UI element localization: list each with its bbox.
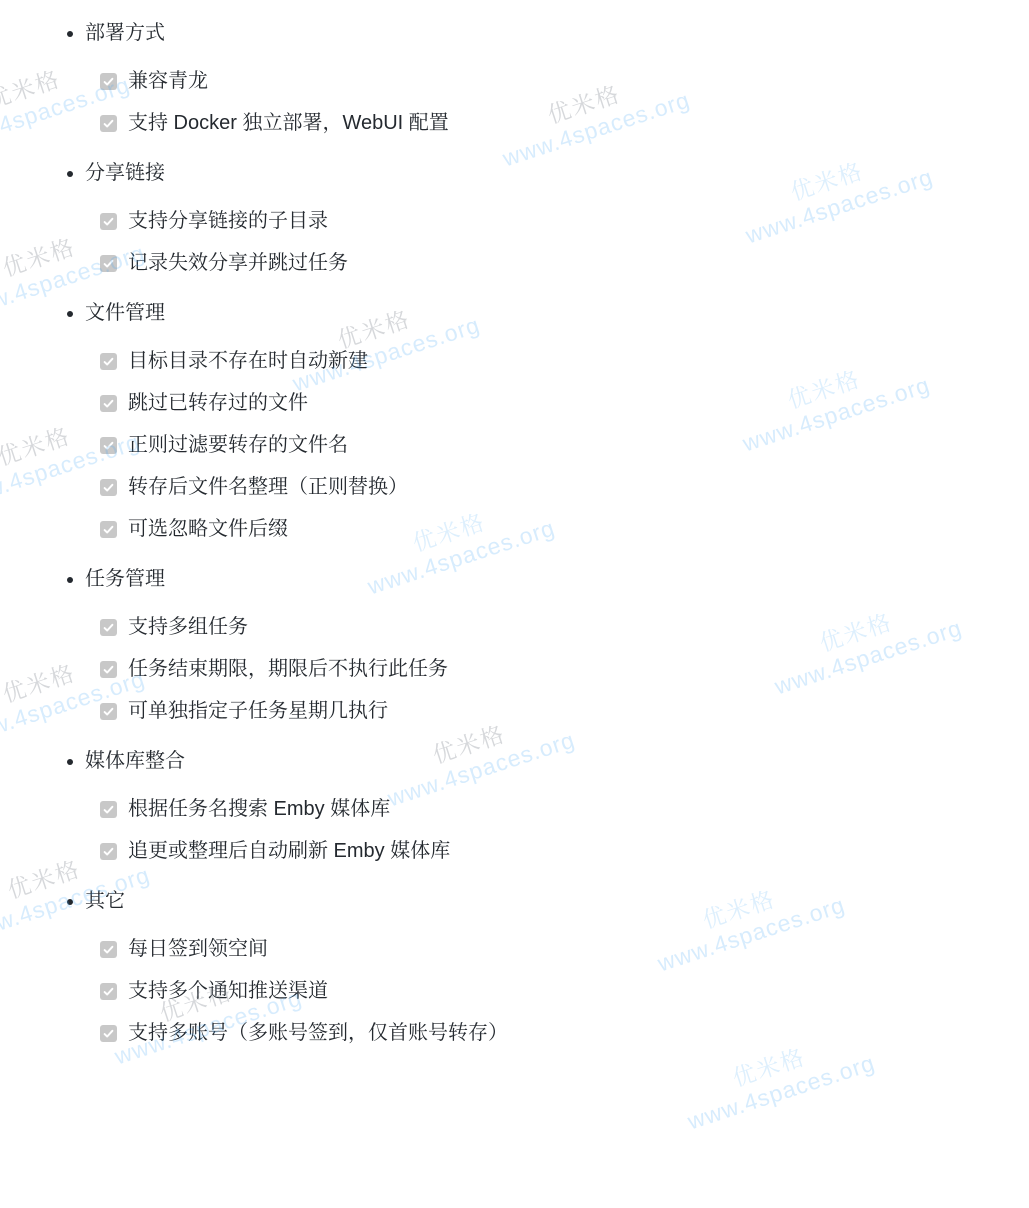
section-title: 部署方式 bbox=[85, 22, 165, 44]
task-item-label: 支持分享链接的子目录 bbox=[128, 206, 328, 236]
task-list-item: 正则过滤要转存的文件名 bbox=[100, 430, 1009, 460]
checked-checkbox-icon bbox=[100, 521, 117, 538]
section-title: 分享链接 bbox=[85, 162, 165, 184]
task-item-label: 目标目录不存在时自动新建 bbox=[128, 346, 368, 376]
checked-checkbox-icon bbox=[100, 395, 117, 412]
checked-checkbox-icon bbox=[100, 941, 117, 958]
section-title: 任务管理 bbox=[85, 568, 165, 590]
task-item-label: 跳过已转存过的文件 bbox=[128, 388, 308, 418]
section-title: 媒体库整合 bbox=[85, 750, 185, 772]
checked-checkbox-icon bbox=[100, 479, 117, 496]
task-list: 支持分享链接的子目录 记录失效分享并跳过任务 bbox=[100, 206, 1009, 278]
task-list-item: 每日签到领空间 bbox=[100, 934, 1009, 964]
task-item-label: 追更或整理后自动刷新 Emby 媒体库 bbox=[128, 836, 450, 866]
feature-section: 任务管理 支持多组任务 任务结束期限，期限后不执行此任务 可单独指定子任务星期几… bbox=[85, 564, 1009, 726]
task-list-item: 任务结束期限，期限后不执行此任务 bbox=[100, 654, 1009, 684]
checked-checkbox-icon bbox=[100, 703, 117, 720]
task-list-item: 追更或整理后自动刷新 Emby 媒体库 bbox=[100, 836, 1009, 866]
task-item-label: 支持多账号（多账号签到，仅首账号转存） bbox=[128, 1018, 508, 1048]
task-item-label: 兼容青龙 bbox=[128, 66, 208, 96]
checked-checkbox-icon bbox=[100, 661, 117, 678]
feature-list: 部署方式 兼容青龙 支持 Docker 独立部署，WebUI 配置 分享链接 支… bbox=[0, 0, 1029, 1048]
checked-checkbox-icon bbox=[100, 1025, 117, 1042]
task-item-label: 可选忽略文件后缀 bbox=[128, 514, 288, 544]
task-list: 根据任务名搜索 Emby 媒体库 追更或整理后自动刷新 Emby 媒体库 bbox=[100, 794, 1009, 866]
task-list-item: 兼容青龙 bbox=[100, 66, 1009, 96]
task-list-item: 目标目录不存在时自动新建 bbox=[100, 346, 1009, 376]
task-list: 支持多组任务 任务结束期限，期限后不执行此任务 可单独指定子任务星期几执行 bbox=[100, 612, 1009, 726]
feature-section: 文件管理 目标目录不存在时自动新建 跳过已转存过的文件 正则过滤要转存的文件名 bbox=[85, 298, 1009, 544]
task-list-item: 可单独指定子任务星期几执行 bbox=[100, 696, 1009, 726]
task-item-label: 任务结束期限，期限后不执行此任务 bbox=[128, 654, 448, 684]
task-item-label: 支持多个通知推送渠道 bbox=[128, 976, 328, 1006]
checked-checkbox-icon bbox=[100, 437, 117, 454]
task-list-item: 根据任务名搜索 Emby 媒体库 bbox=[100, 794, 1009, 824]
checked-checkbox-icon bbox=[100, 619, 117, 636]
checked-checkbox-icon bbox=[100, 255, 117, 272]
task-list-item: 跳过已转存过的文件 bbox=[100, 388, 1009, 418]
task-item-label: 支持 Docker 独立部署，WebUI 配置 bbox=[128, 108, 449, 138]
checked-checkbox-icon bbox=[100, 983, 117, 1000]
checked-checkbox-icon bbox=[100, 115, 117, 132]
readme-document: 优米格 www.4spaces.org 优米格 www.4spaces.org … bbox=[0, 0, 1029, 1208]
task-item-label: 支持多组任务 bbox=[128, 612, 248, 642]
task-item-label: 记录失效分享并跳过任务 bbox=[128, 248, 348, 278]
feature-section: 媒体库整合 根据任务名搜索 Emby 媒体库 追更或整理后自动刷新 Emby 媒… bbox=[85, 746, 1009, 866]
checked-checkbox-icon bbox=[100, 353, 117, 370]
task-list-item: 记录失效分享并跳过任务 bbox=[100, 248, 1009, 278]
task-list: 兼容青龙 支持 Docker 独立部署，WebUI 配置 bbox=[100, 66, 1009, 138]
task-list-item: 支持多组任务 bbox=[100, 612, 1009, 642]
task-list: 每日签到领空间 支持多个通知推送渠道 支持多账号（多账号签到，仅首账号转存） bbox=[100, 934, 1009, 1048]
watermark-url-text: www.4spaces.org bbox=[684, 1049, 878, 1135]
task-list-item: 支持分享链接的子目录 bbox=[100, 206, 1009, 236]
task-list-item: 可选忽略文件后缀 bbox=[100, 514, 1009, 544]
task-list-item: 支持 Docker 独立部署，WebUI 配置 bbox=[100, 108, 1009, 138]
checked-checkbox-icon bbox=[100, 73, 117, 90]
checked-checkbox-icon bbox=[100, 843, 117, 860]
section-title: 其它 bbox=[85, 890, 125, 912]
feature-section: 其它 每日签到领空间 支持多个通知推送渠道 支持多账号（多账号签到，仅首账号转存… bbox=[85, 886, 1009, 1048]
checked-checkbox-icon bbox=[100, 801, 117, 818]
task-item-label: 正则过滤要转存的文件名 bbox=[128, 430, 348, 460]
task-item-label: 根据任务名搜索 Emby 媒体库 bbox=[128, 794, 390, 824]
task-list-item: 支持多账号（多账号签到，仅首账号转存） bbox=[100, 1018, 1009, 1048]
task-list-item: 转存后文件名整理（正则替换） bbox=[100, 472, 1009, 502]
task-item-label: 转存后文件名整理（正则替换） bbox=[128, 472, 408, 502]
section-title: 文件管理 bbox=[85, 302, 165, 324]
feature-section: 部署方式 兼容青龙 支持 Docker 独立部署，WebUI 配置 bbox=[85, 18, 1009, 138]
feature-section: 分享链接 支持分享链接的子目录 记录失效分享并跳过任务 bbox=[85, 158, 1009, 278]
task-list: 目标目录不存在时自动新建 跳过已转存过的文件 正则过滤要转存的文件名 转存后文件… bbox=[100, 346, 1009, 544]
task-list-item: 支持多个通知推送渠道 bbox=[100, 976, 1009, 1006]
task-item-label: 可单独指定子任务星期几执行 bbox=[128, 696, 388, 726]
checked-checkbox-icon bbox=[100, 213, 117, 230]
task-item-label: 每日签到领空间 bbox=[128, 934, 268, 964]
